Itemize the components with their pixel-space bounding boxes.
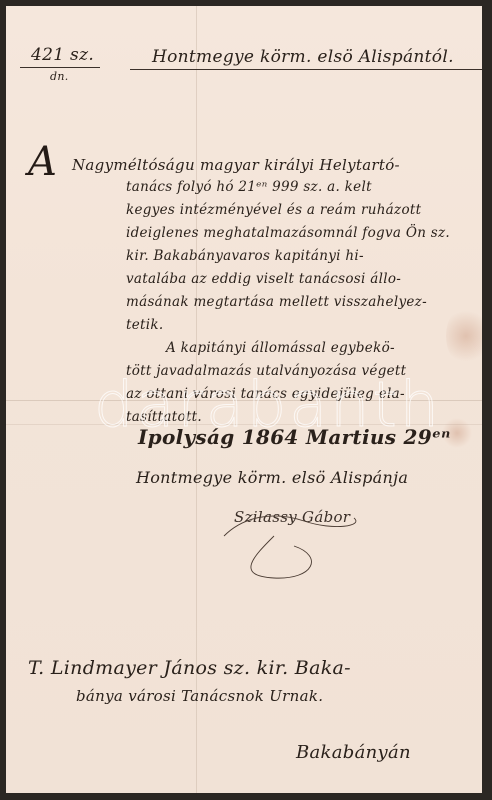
ink-stain — [446, 306, 482, 366]
reference-number: 421 sz. — [31, 45, 94, 65]
sender-heading: Hontmegye körm. elsö Alispántól. — [152, 47, 454, 67]
body-line: kegyes intézményével és a reám ruházott — [126, 204, 421, 218]
body-line: kir. Bakabányavaros kapitányi hi- — [126, 250, 364, 264]
body-line: vatalába az eddig viselt tanácsosi állo- — [126, 273, 401, 287]
body-line: A kapitányi állomással egybekö- — [166, 342, 395, 356]
body-line: tetik. — [126, 319, 163, 333]
addressee-line-1: T. Lindmayer János sz. kir. Baka- — [28, 657, 351, 679]
drop-cap-initial: A — [28, 139, 57, 185]
scan-frame: 421 sz. dn. Hontmegye körm. elsö Alispán… — [0, 0, 492, 800]
reference-underline — [20, 67, 100, 68]
body-line: másának megtartása mellett visszahelyez- — [126, 296, 427, 310]
watermark: darabanth — [94, 368, 442, 441]
sender-underline — [130, 69, 482, 70]
body-line: tanács folyó hó 21ᵉⁿ 999 sz. a. kelt — [126, 181, 372, 195]
addressee-line-2: bánya városi Tanácsnok Urnak. — [76, 687, 323, 705]
reference-suffix: dn. — [50, 70, 69, 83]
body-line: ideiglenes meghatalmazásomnál fogva Ön s… — [126, 227, 450, 241]
signature-flourish-icon — [214, 496, 374, 586]
signatory-office: Hontmegye körm. elsö Alispánja — [136, 468, 408, 487]
document-page: 421 sz. dn. Hontmegye körm. elsö Alispán… — [6, 6, 482, 793]
body-line: Nagyméltóságu magyar királyi Helytartó- — [72, 158, 400, 173]
destination-town: Bakabányán — [296, 742, 411, 763]
